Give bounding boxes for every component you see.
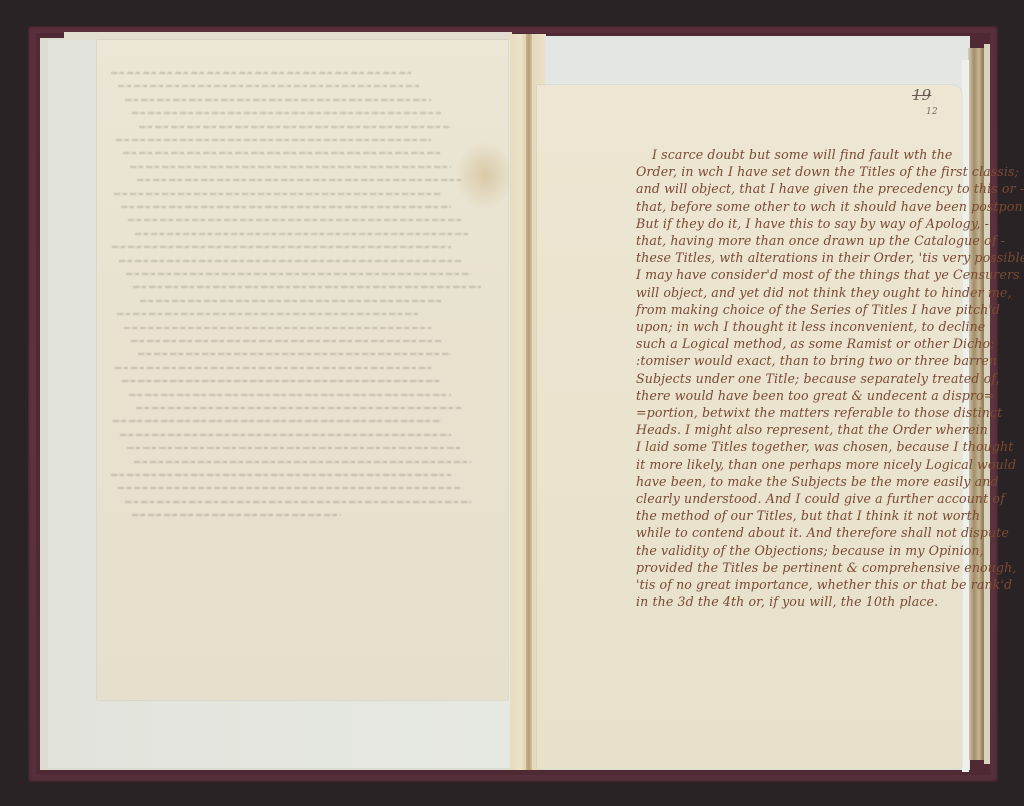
bleed-through-line (136, 407, 461, 409)
manuscript-line: the method of our Titles, but that I thi… (636, 510, 980, 523)
left-manuscript-page (97, 40, 508, 700)
bleed-through-line (130, 166, 451, 168)
manuscript-line: I laid some Titles together, was chosen,… (636, 441, 1013, 454)
bleed-through-line (120, 434, 451, 436)
bleed-through-line (138, 353, 451, 355)
bleed-through-line (127, 447, 461, 449)
bleed-through-line (135, 233, 471, 235)
folio-number-struck: 19 (912, 88, 931, 103)
manuscript-line: and will object, that I have given the p… (636, 183, 1024, 196)
paper-stain (455, 140, 515, 210)
bleed-through-line (119, 260, 461, 262)
bleed-through-line (133, 286, 481, 288)
bleed-through-line (116, 139, 431, 141)
manuscript-line: have been, to make the Subjects be the m… (636, 476, 999, 489)
bleed-through-line (125, 501, 471, 503)
manuscript-line: that, before some other to wch it should… (636, 201, 1024, 214)
bleed-through-line (132, 112, 441, 114)
manuscript-line: Order, in wch I have set down the Titles… (636, 166, 1019, 179)
manuscript-line: the validity of the Objections; because … (636, 545, 984, 558)
bleed-through-line (114, 193, 441, 195)
bleed-through-line (132, 514, 341, 516)
manuscript-line: there would have been too great & undece… (636, 390, 994, 403)
manuscript-line: =portion, betwixt the matters referable … (636, 407, 1002, 420)
manuscript-line: will object, and yet did not think they … (636, 287, 1012, 300)
bleed-through-line (121, 206, 451, 208)
manuscript-line: upon; in wch I thought it less inconveni… (636, 321, 985, 334)
manuscript-line: clearly understood. And I could give a f… (636, 493, 1005, 506)
manuscript-line: Heads. I might also represent, that the … (636, 424, 988, 437)
manuscript-line: in the 3d the 4th or, if you will, the 1… (636, 596, 938, 609)
bleed-through-line (131, 340, 441, 342)
folio-number: 12 (926, 108, 938, 117)
manuscript-line: these Titles, wth alterations in their O… (636, 252, 1024, 265)
manuscript-line: But if they do it, I have this to say by… (636, 218, 989, 231)
manuscript-line: from making choice of the Series of Titl… (636, 304, 1000, 317)
manuscript-line: while to contend about it. And therefore… (636, 527, 1009, 540)
bleed-through-line (118, 85, 421, 87)
manuscript-line: that, having more than once drawn up the… (636, 235, 1005, 248)
bleed-through-line (137, 179, 461, 181)
bleed-through-line (117, 313, 421, 315)
bleed-through-line (125, 99, 431, 101)
bleed-through-line (124, 327, 431, 329)
bleed-through-line (122, 380, 441, 382)
bleed-through-line (134, 461, 471, 463)
bleed-through-line (111, 474, 451, 476)
bleed-through-line (112, 246, 451, 248)
bleed-through-line (128, 219, 461, 221)
page-block-edge-highlight (984, 44, 990, 764)
bleed-through-line (123, 152, 441, 154)
bleed-through-line (113, 420, 441, 422)
manuscript-line: I may have consider'd most of the things… (636, 269, 1020, 282)
bleed-through-line (139, 126, 451, 128)
bleed-through-line (118, 487, 461, 489)
manuscript-line: Subjects under one Title; because separa… (636, 373, 1000, 386)
left-top-paper-strip (64, 32, 512, 40)
manuscript-line: it more likely, than one perhaps more ni… (636, 459, 1016, 472)
manuscript-line: I scarce doubt but some will find fault … (652, 149, 952, 162)
bleed-through-line (111, 72, 411, 74)
manuscript-line: such a Logical method, as some Ramist or… (636, 338, 995, 351)
manuscript-line: :tomiser would exact, than to bring two … (636, 355, 997, 368)
bleed-through-line (129, 394, 451, 396)
manuscript-line: provided the Titles be pertinent & compr… (636, 562, 1016, 575)
bleed-through-line (115, 367, 431, 369)
bleed-through-line (140, 300, 441, 302)
bleed-through-line (126, 273, 471, 275)
manuscript-line: 'tis of no great importance, whether thi… (636, 579, 1012, 592)
